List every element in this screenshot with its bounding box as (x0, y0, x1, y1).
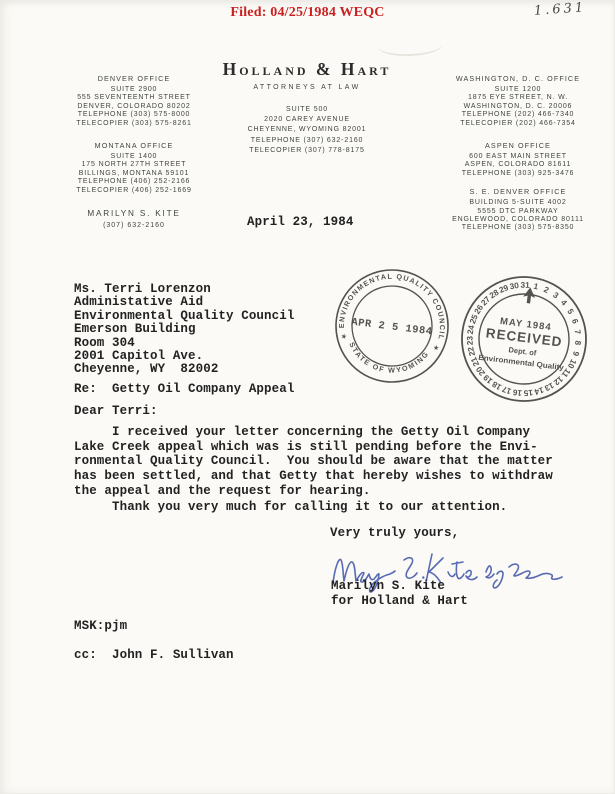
received-stamp: 1234567891011121314151617181920212223242… (459, 274, 589, 409)
letter-page: Filed: 04/25/1984 WEQC 1.631 DENVER OFFI… (0, 0, 615, 794)
stamp-received-text: RECEIVED (485, 325, 563, 349)
stamp-day-number: 2 (542, 285, 550, 295)
salutation: Dear Terri: (74, 404, 158, 419)
stamp-right-star-icon: ★ (433, 344, 440, 353)
stamp-day-number: 6 (570, 318, 580, 326)
office-address: BUILDING 5-SUITE 4002 5555 DTC PARKWAY E… (433, 199, 603, 233)
closing: Very truly yours, (330, 526, 459, 541)
stamp-day-number: 16 (512, 387, 523, 397)
signature-block: Marilyn S. Kite for Holland & Hart (331, 579, 468, 608)
firm-name: Holland & Hart (212, 59, 402, 80)
signature-stroke (448, 562, 477, 580)
stamp-day-number: 29 (498, 283, 510, 295)
office-title: DENVER OFFICE (54, 75, 214, 83)
stamp-day-number: 14 (533, 385, 545, 396)
office-address: SUITE 1200 1875 EYE STREET, N. W. WASHIN… (433, 86, 603, 128)
stamp-day-number: 3 (551, 290, 560, 300)
stamp-day-number: 24 (466, 324, 477, 335)
stamp-day-number: 22 (466, 346, 477, 357)
office-block: MONTANA OFFICE SUITE 1400 175 NORTH 27TH… (54, 142, 214, 195)
attorney-name: MARILYN S. KITE (54, 209, 214, 218)
signature-stroke (486, 564, 562, 588)
main-office-address: SUITE 500 2020 CAREY AVENUE CHEYENNE, WY… (212, 105, 402, 156)
office-address: 600 EAST MAIN STREET ASPEN, COLORADO 816… (433, 153, 603, 178)
office-title: WASHINGTON, D. C. OFFICE (433, 75, 603, 83)
stamp-day-number: 15 (523, 388, 533, 398)
letter-date: April 23, 1984 (247, 215, 353, 230)
office-block: WASHINGTON, D. C. OFFICE SUITE 1200 1875… (433, 75, 603, 128)
cc-line: cc: John F. Sullivan (74, 648, 234, 663)
paper-crease-mark (378, 35, 443, 57)
stamp-left-star-icon: ★ (340, 332, 347, 341)
signature-typed-firm: for Holland & Hart (331, 594, 468, 608)
body-paragraph-2: Thank you very much for calling it to ou… (74, 500, 507, 515)
office-title: ASPEN OFFICE (433, 142, 603, 150)
re-line: Re: Getty Oil Company Appeal (74, 382, 294, 397)
stamp-day-number: 23 (466, 335, 475, 345)
office-title: S. E. DENVER OFFICE (433, 188, 603, 196)
letterhead-center: Holland & Hart ATTORNEYS AT LAW SUITE 50… (212, 59, 402, 156)
firm-tagline: ATTORNEYS AT LAW (212, 84, 402, 91)
office-address: SUITE 1400 175 NORTH 27TH STREET BILLING… (54, 153, 214, 195)
typist-initials: MSK:pjm (74, 619, 127, 634)
office-block: ASPEN OFFICE 600 EAST MAIN STREET ASPEN,… (433, 142, 603, 178)
council-stamp: ENVIRONMENTAL QUALITY COUNCIL STATE OF W… (333, 267, 451, 390)
stamp-day-number: 8 (573, 340, 582, 346)
stamp-day-number: 30 (509, 281, 520, 292)
stamp-day-number: 9 (571, 350, 581, 357)
stamp-date: APR 2 5 1984 (351, 317, 433, 339)
letterhead-left-column: DENVER OFFICE SUITE 2900 555 SEVENTEENTH… (54, 75, 214, 229)
recipient-address: Ms. Terri Lorenzon Administative Aid Env… (74, 283, 294, 377)
stamp-day-number: 7 (573, 329, 583, 335)
office-title: MONTANA OFFICE (54, 142, 214, 150)
office-block: DENVER OFFICE SUITE 2900 555 SEVENTEENTH… (54, 75, 214, 128)
body-paragraph-1: I received your letter concerning the Ge… (74, 425, 553, 499)
signature-typed-name: Marilyn S. Kite (331, 579, 445, 593)
stamp-day-number: 5 (565, 307, 575, 316)
attorney-phone: (307) 632-2160 (54, 222, 214, 229)
stamp-day-number: 4 (559, 298, 569, 308)
stamp-bottom-arc-text: STATE OF WYOMING (344, 340, 431, 380)
filed-stamp-text: Filed: 04/25/1984 WEQC (0, 5, 615, 21)
stamp-day-number: 1 (533, 282, 540, 292)
office-address: SUITE 2900 555 SEVENTEENTH STREET DENVER… (54, 86, 214, 128)
stamp-day-number: 31 (520, 281, 530, 290)
office-block: S. E. DENVER OFFICE BUILDING 5-SUITE 400… (433, 188, 603, 233)
letterhead-right-column: WASHINGTON, D. C. OFFICE SUITE 1200 1875… (433, 75, 603, 233)
